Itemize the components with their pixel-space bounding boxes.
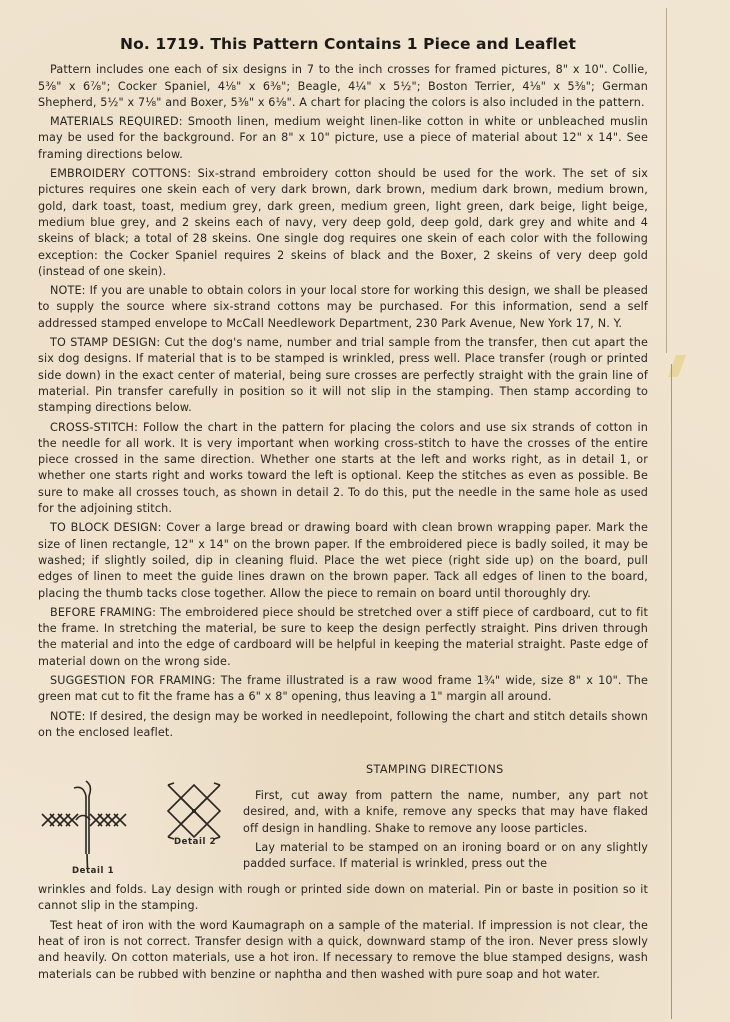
materials-paragraph: MATERIALS REQUIRED: Smooth linen, medium… xyxy=(38,114,648,163)
stamping-paragraph-3: Test heat of iron with the word Kaumagra… xyxy=(38,918,648,983)
stamping-full-width: wrinkles and folds. Lay design with roug… xyxy=(38,882,648,986)
before-framing-paragraph: BEFORE FRAMING: The embroidered piece sh… xyxy=(38,605,648,670)
envelope-flap xyxy=(668,0,730,1022)
cottons-paragraph: EMBROIDERY COTTONS: Six-strand embroider… xyxy=(38,166,648,280)
detail-2-label: Detail 2 xyxy=(174,834,216,850)
envelope-fold-line-lower xyxy=(671,364,674,1019)
intro-paragraph: Pattern includes one each of six designs… xyxy=(38,62,648,111)
detail-1-label: Detail 1 xyxy=(72,863,114,879)
page-title: No. 1719. This Pattern Contains 1 Piece … xyxy=(38,36,648,52)
stamping-paragraph-2a: Lay material to be stamped on an ironing… xyxy=(243,840,648,873)
envelope-fold-line xyxy=(666,8,669,353)
stamping-title: STAMPING DIRECTIONS xyxy=(366,762,504,778)
stamp-design-paragraph: TO STAMP DESIGN: Cut the dog's name, num… xyxy=(38,335,648,416)
stamping-section: STAMPING DIRECTIONS Detail 1 Detail 2 xyxy=(38,762,648,988)
instruction-sheet: No. 1719. This Pattern Contains 1 Piece … xyxy=(38,36,648,988)
note-paragraph: NOTE: If you are unable to obtain colors… xyxy=(38,283,648,332)
needlepoint-note-paragraph: NOTE: If desired, the design may be work… xyxy=(38,709,648,742)
block-design-paragraph: TO BLOCK DESIGN: Cover a large bread or … xyxy=(38,520,648,601)
stamping-column: First, cut away from pattern the name, n… xyxy=(243,788,648,875)
cross-stitch-paragraph: CROSS-STITCH: Follow the chart in the pa… xyxy=(38,420,648,518)
stamping-paragraph-1: First, cut away from pattern the name, n… xyxy=(243,788,648,837)
cross-stitch-detail-1-icon xyxy=(40,776,128,876)
suggestion-framing-paragraph: SUGGESTION FOR FRAMING: The frame illust… xyxy=(38,673,648,706)
stamping-paragraph-2b: wrinkles and folds. Lay design with roug… xyxy=(38,882,648,915)
